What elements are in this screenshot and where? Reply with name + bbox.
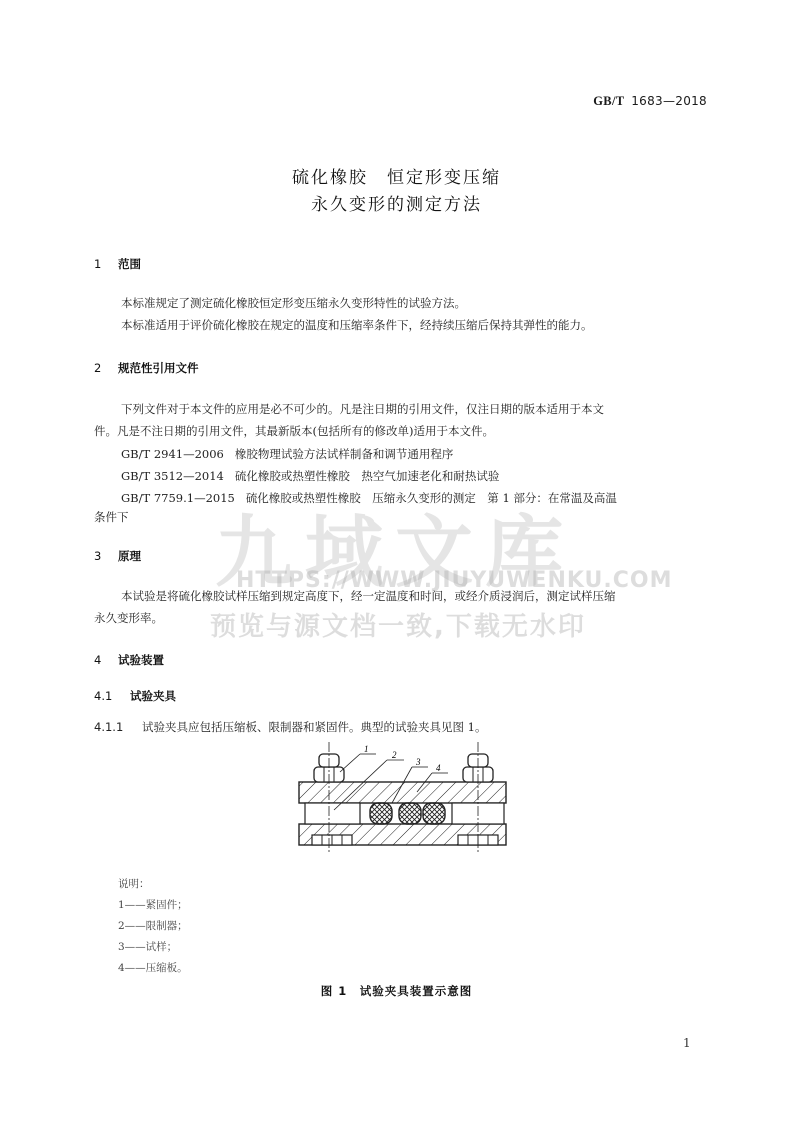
legend-item: 2——限制器； xyxy=(118,916,188,937)
section-2-heading: 2规范性引用文件 xyxy=(94,360,199,376)
section-4-1-1: 4.1.1试验夹具应包括压缩板、限制器和紧固件。典型的试验夹具见图 1。 xyxy=(94,716,714,739)
section-1-para-1: 本标准规定了测定硫化橡胶恒定形变压缩永久变形特性的试验方法。 xyxy=(94,292,714,315)
section-3-heading: 3原理 xyxy=(94,548,141,564)
callout-2: 2 xyxy=(392,750,397,760)
section-4-1-heading: 4.1试验夹具 xyxy=(94,688,176,704)
legend-title: 说明： xyxy=(118,874,188,895)
section-2-intro-line1: 下列文件对于本文件的应用是必不可少的。凡是注日期的引用文件，仅注日期的版本适用于… xyxy=(94,398,714,421)
standard-number: 1683—2018 xyxy=(631,94,707,108)
section-3-line2: 永久变形率。 xyxy=(94,607,714,630)
reference-item: GB/T 3512—2014 硫化橡胶或热塑性橡胶 热空气加速老化和耐热试验 xyxy=(121,468,499,484)
section-1-heading: 1范围 xyxy=(94,256,141,272)
figure-legend: 说明： 1——紧固件； 2——限制器； 3——试样； 4——压缩板。 xyxy=(118,874,188,979)
section-2-intro-line2: 件。凡是不注日期的引用文件，其最新版本(包括所有的修改单)适用于本文件。 xyxy=(94,420,714,443)
section-4-heading: 4试验装置 xyxy=(94,652,164,668)
callout-3: 3 xyxy=(415,757,421,767)
fixture-diagram: 1 2 3 4 xyxy=(292,742,514,856)
doc-title-line1: 硫化橡胶 恒定形变压缩 xyxy=(0,163,793,188)
callout-1: 1 xyxy=(364,744,369,754)
callout-4: 4 xyxy=(436,763,441,773)
section-1-para-2: 本标准适用于评价硫化橡胶在规定的温度和压缩率条件下，经持续压缩后保持其弹性的能力… xyxy=(94,314,714,337)
reference-item: GB/T 2941—2006 橡胶物理试验方法试样制备和调节通用程序 xyxy=(121,446,453,462)
figure-caption: 图 1 试验夹具装置示意图 xyxy=(0,983,793,999)
section-3-line1: 本试验是将硫化橡胶试样压缩到规定高度下，经一定温度和时间，或经介质浸润后，测定试… xyxy=(94,585,714,608)
page-number: 1 xyxy=(683,1036,691,1050)
legend-item: 4——压缩板。 xyxy=(118,958,188,979)
standard-code: GB/T 1683—2018 xyxy=(0,94,707,109)
standard-prefix: GB/T xyxy=(593,94,624,108)
legend-item: 1——紧固件； xyxy=(118,895,188,916)
legend-item: 3——试样； xyxy=(118,937,188,958)
doc-title-line2: 永久变形的测定方法 xyxy=(0,190,793,215)
